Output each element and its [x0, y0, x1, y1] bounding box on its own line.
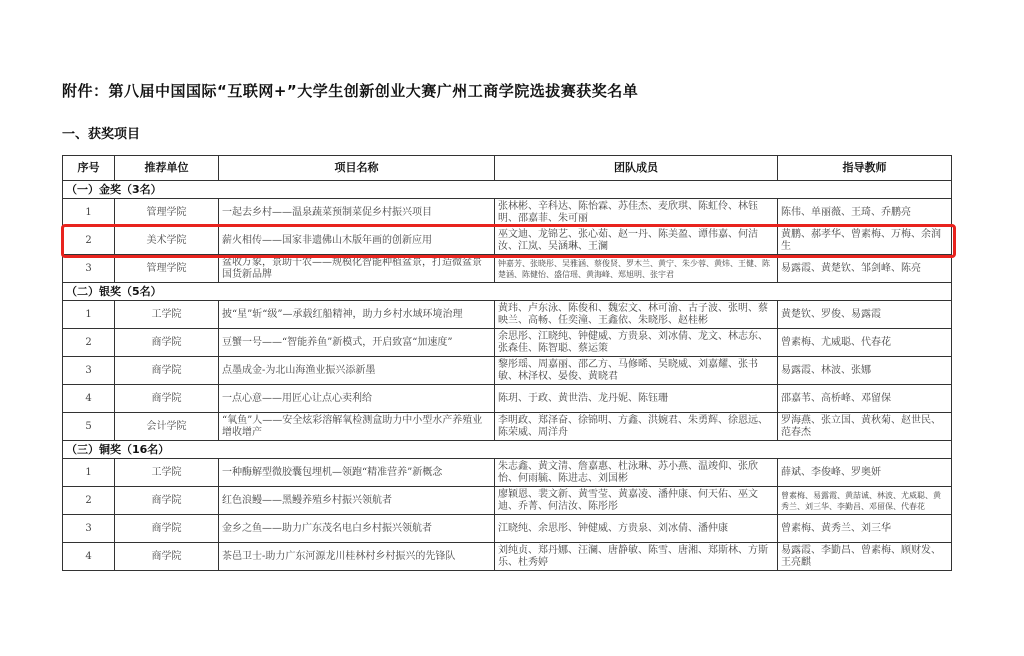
section-heading: 一、获奖项目	[62, 123, 140, 142]
row-project: 一点心意——用匠心让点心卖利给	[219, 385, 495, 413]
row-advisors: 薛斌、李俊峰、罗奥妍	[778, 459, 952, 487]
category-row: （一）金奖（3名）	[63, 181, 952, 199]
table-row: 1工学院披“星”斩“级”—承载红船精神，助力乡村水域环境治理黄玮、卢东泳、陈俊和…	[63, 301, 952, 329]
header-no: 序号	[63, 156, 115, 181]
row-members: 余思彤、江晓纯、钟健威、方贵泉、刘冰倩、龙文、林志东、张森佳、陈智聪、蔡运策	[495, 329, 778, 357]
table-row: 3管理学院盆收万象，景助千农——规模化智能种植盆景，打造微盆景国货新品牌钟嘉芳、…	[63, 255, 952, 283]
row-members: 陈玥、于政、黄世浩、龙丹妮、陈钰珊	[495, 385, 778, 413]
document-title: 附件：第八届中国国际“互联网+”大学生创新创业大赛广州工商学院选拔赛获奖名单	[62, 80, 638, 101]
row-unit: 管理学院	[115, 255, 219, 283]
row-unit: 商学院	[115, 543, 219, 571]
category-label: （三）铜奖（16名）	[63, 441, 952, 459]
row-advisors: 曾素梅、黄秀兰、刘三华	[778, 515, 952, 543]
row-unit: 工学院	[115, 301, 219, 329]
row-members: 黎彤瑶、周嘉丽、邵乙方、马修晞、吴晓威、刘嘉耀、张书敏、林泽权、晏俊、黄晓君	[495, 357, 778, 385]
table-row: 4商学院茶邑卫士-助力广东河源龙川桂林村乡村振兴的先锋队刘纯贞、郑丹娜、汪澜、唐…	[63, 543, 952, 571]
row-number: 4	[63, 385, 115, 413]
row-project: 披“星”斩“级”—承载红船精神，助力乡村水域环境治理	[219, 301, 495, 329]
row-unit: 会计学院	[115, 413, 219, 441]
row-advisors: 罗海燕、张立国、黄秋菊、赵世民、范春杰	[778, 413, 952, 441]
row-members: 廖颖恩、裴文新、黄雪莹、黄嘉凌、潘仲康、何天佑、巫文迪、乔菁、何洁汝、陈彤彤	[495, 487, 778, 515]
table-row: 3商学院金乡之鱼——助力广东茂名电白乡村振兴领航者江晓纯、余思彤、钟健威、方贵泉…	[63, 515, 952, 543]
category-row: （二）银奖（5名）	[63, 283, 952, 301]
row-number: 1	[63, 459, 115, 487]
row-members: 江晓纯、余思彤、钟健威、方贵泉、刘冰倩、潘仲康	[495, 515, 778, 543]
row-advisors: 邵嘉苇、高桥峰、邓留保	[778, 385, 952, 413]
header-advisors: 指导教师	[778, 156, 952, 181]
header-unit: 推荐单位	[115, 156, 219, 181]
row-project: 红色浪鳗——黑鳗养殖乡村振兴领航者	[219, 487, 495, 515]
row-number: 2	[63, 329, 115, 357]
table-row: 2商学院豆蟹一号——“智能养鱼”新模式，开启致富“加速度”余思彤、江晓纯、钟健威…	[63, 329, 952, 357]
row-project: 点墨成金-为北山海渔业振兴添新墨	[219, 357, 495, 385]
table-row: 4商学院一点心意——用匠心让点心卖利给陈玥、于政、黄世浩、龙丹妮、陈钰珊邵嘉苇、…	[63, 385, 952, 413]
table-row: 1管理学院一起去乡村——温泉蔬菜预制菜促乡村振兴项目张林彬、辛科达、陈怡霖、苏佳…	[63, 199, 952, 227]
category-label: （一）金奖（3名）	[63, 181, 952, 199]
row-project: 薪火相传——国家非遗佛山木版年画的创新应用	[219, 227, 495, 255]
awards-table: 序号 推荐单位 项目名称 团队成员 指导教师 （一）金奖（3名）1管理学院一起去…	[62, 155, 952, 571]
row-number: 3	[63, 357, 115, 385]
row-unit: 管理学院	[115, 199, 219, 227]
table-row: 3商学院点墨成金-为北山海渔业振兴添新墨黎彤瑶、周嘉丽、邵乙方、马修晞、吴晓威、…	[63, 357, 952, 385]
row-members: 张林彬、辛科达、陈怡霖、苏佳杰、麦欣琪、陈虹伶、林钰明、邵嘉菲、朱可丽	[495, 199, 778, 227]
row-number: 5	[63, 413, 115, 441]
table-row: 5会计学院“氧鱼”人——安全炫彩溶解氧检测盒助力中小型水产养殖业增收增产李明政、…	[63, 413, 952, 441]
row-unit: 美术学院	[115, 227, 219, 255]
row-members: 刘纯贞、郑丹娜、汪澜、唐静敏、陈雪、唐湘、郑斯林、方斯乐、杜秀婷	[495, 543, 778, 571]
row-members: 李明政、郑泽奋、徐锦明、方鑫、洪婉君、朱勇辉、徐恩远、陈荣威、周洋舟	[495, 413, 778, 441]
header-members: 团队成员	[495, 156, 778, 181]
row-advisors: 曾素梅、易露霞、黄喆诚、林波、尤威聪、黄秀兰、刘三华、李勤昌、邓留保、代春花	[778, 487, 952, 515]
category-row: （三）铜奖（16名）	[63, 441, 952, 459]
row-unit: 商学院	[115, 487, 219, 515]
row-project: 盆收万象，景助千农——规模化智能种植盆景，打造微盆景国货新品牌	[219, 255, 495, 283]
row-unit: 商学院	[115, 385, 219, 413]
row-advisors: 黄楚钦、罗俊、易露霞	[778, 301, 952, 329]
row-project: 一起去乡村——温泉蔬菜预制菜促乡村振兴项目	[219, 199, 495, 227]
row-advisors: 易露霞、黄楚钦、邹剑峰、陈亮	[778, 255, 952, 283]
row-number: 1	[63, 301, 115, 329]
table-row: 2商学院红色浪鳗——黑鳗养殖乡村振兴领航者廖颖恩、裴文新、黄雪莹、黄嘉凌、潘仲康…	[63, 487, 952, 515]
row-advisors: 陈伟、单丽薇、王琦、乔鹏亮	[778, 199, 952, 227]
category-label: （二）银奖（5名）	[63, 283, 952, 301]
row-members: 巫文迪、龙锦艺、张心茹、赵一丹、陈美盈、谭伟嘉、何洁汝、江岚、吴涵琳、王澜	[495, 227, 778, 255]
row-advisors: 曾素梅、尤威聪、代春花	[778, 329, 952, 357]
row-advisors: 黄鹏、郝孝华、曾素梅、万梅、余润生	[778, 227, 952, 255]
row-project: “氧鱼”人——安全炫彩溶解氧检测盒助力中小型水产养殖业增收增产	[219, 413, 495, 441]
row-project: 豆蟹一号——“智能养鱼”新模式，开启致富“加速度”	[219, 329, 495, 357]
row-advisors: 易露霞、李勤昌、曾素梅、顾财发、王亮麒	[778, 543, 952, 571]
row-unit: 商学院	[115, 515, 219, 543]
row-number: 2	[63, 227, 115, 255]
row-unit: 商学院	[115, 329, 219, 357]
row-members: 朱志鑫、黄文清、詹嘉惠、杜泳琳、苏小燕、温竣仰、张欣怡、何雨毓、陈进志、刘国彬	[495, 459, 778, 487]
table-row: 2美术学院薪火相传——国家非遗佛山木版年画的创新应用巫文迪、龙锦艺、张心茹、赵一…	[63, 227, 952, 255]
header-project: 项目名称	[219, 156, 495, 181]
row-number: 3	[63, 255, 115, 283]
row-number: 4	[63, 543, 115, 571]
row-number: 2	[63, 487, 115, 515]
row-project: 茶邑卫士-助力广东河源龙川桂林村乡村振兴的先锋队	[219, 543, 495, 571]
row-unit: 商学院	[115, 357, 219, 385]
row-members: 钟嘉芳、张晓彤、吴雅涵、蔡俊贤、罗木兰、黄宁、朱少蓉、黄炜、王健、陈楚涵、陈健怡…	[495, 255, 778, 283]
table-header-row: 序号 推荐单位 项目名称 团队成员 指导教师	[63, 156, 952, 181]
row-unit: 工学院	[115, 459, 219, 487]
row-project: 一种酶解型微胶囊包埋机—领跑“精准营养”新概念	[219, 459, 495, 487]
row-number: 3	[63, 515, 115, 543]
row-project: 金乡之鱼——助力广东茂名电白乡村振兴领航者	[219, 515, 495, 543]
row-number: 1	[63, 199, 115, 227]
table-row: 1工学院一种酶解型微胶囊包埋机—领跑“精准营养”新概念朱志鑫、黄文清、詹嘉惠、杜…	[63, 459, 952, 487]
row-advisors: 易露霞、林波、张娜	[778, 357, 952, 385]
row-members: 黄玮、卢东泳、陈俊和、魏宏文、林可渝、古子波、张明、蔡映兰、高畅、任奕潼、王鑫依…	[495, 301, 778, 329]
